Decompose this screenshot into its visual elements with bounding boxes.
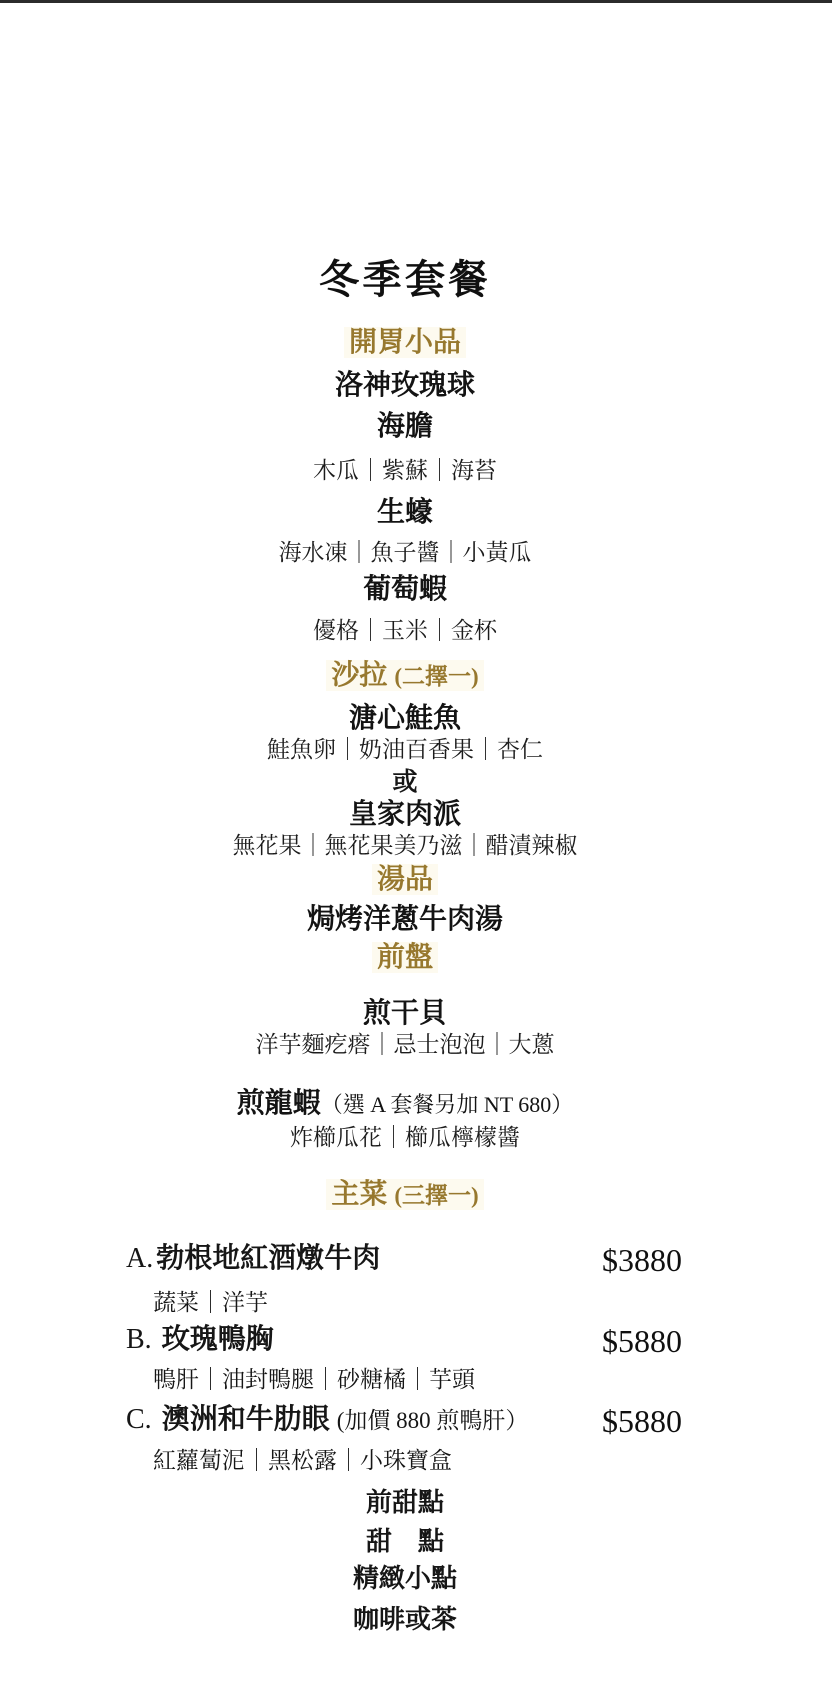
dish-ingredients: 優格｜玉米｜金杯 [0, 617, 810, 645]
main-course-surcharge-note: (加價 880 煎鴨肝） [337, 1408, 529, 1433]
top-border [0, 0, 832, 3]
closing-course: 咖啡或茶 [0, 1604, 810, 1636]
main-course-price: $3880 [602, 1242, 682, 1278]
dish-name: 煎龍蝦（選 A 套餐另加 NT 680） [0, 1087, 810, 1122]
dish-name: 葡萄蝦 [0, 573, 810, 607]
section-heading-starter-label: 前盤 [372, 942, 438, 973]
section-heading-salad-note: (二擇一) [394, 664, 478, 689]
dish-name: 溏心鮭魚 [0, 702, 810, 736]
section-heading-starter: 前盤 [0, 941, 810, 975]
section-heading-soup-label: 湯品 [372, 864, 438, 895]
dish-name: 焗烤洋蔥牛肉湯 [0, 903, 810, 937]
dish-surcharge-note: （選 A 套餐另加 NT 680） [321, 1092, 574, 1117]
main-course-price: $5880 [602, 1323, 682, 1359]
dish-ingredients: 炸櫛瓜花｜櫛瓜檸檬醬 [0, 1124, 810, 1152]
dish-ingredients: 洋芋麵疙瘩｜忌士泡泡｜大蔥 [0, 1031, 810, 1059]
section-heading-main-note: (三擇一) [394, 1183, 478, 1208]
dish-name: 生蠔 [0, 496, 810, 530]
section-heading-soup: 湯品 [0, 863, 810, 897]
main-course-letter: C. [126, 1404, 152, 1435]
main-course-row-a: A.勃根地紅酒燉牛肉 $3880 [0, 1241, 810, 1277]
main-course-ingredients: 鴨肝｜油封鴨腿｜砂糖橘｜芋頭 [0, 1366, 810, 1394]
main-course-row-b: B. 玫瑰鴨胸 $5880 [0, 1322, 810, 1358]
dish-ingredients: 木瓜｜紫蘇｜海苔 [0, 457, 810, 485]
main-course-letter: A. [126, 1243, 153, 1274]
dish-name: 洛神玫瑰球 [0, 369, 810, 403]
section-heading-appetizer-label: 開胃小品 [344, 327, 466, 358]
main-course-price: $5880 [602, 1403, 682, 1439]
section-heading-salad-label: 沙拉 [331, 660, 387, 691]
main-course-row-c: C. 澳洲和牛肋眼(加價 880 煎鴨肝） $5880 [0, 1402, 810, 1439]
menu-title: 冬季套餐 [0, 256, 810, 304]
section-heading-main-course: 主菜 (三擇一) [0, 1178, 810, 1213]
or-label: 或 [0, 768, 810, 798]
closing-course: 精緻小點 [0, 1563, 810, 1595]
closing-course: 前甜點 [0, 1487, 810, 1519]
dish-name: 皇家肉派 [0, 798, 810, 832]
dish-name: 煎干貝 [0, 997, 810, 1031]
main-course-letter: B. [126, 1324, 152, 1355]
dish-ingredients: 海水凍｜魚子醬｜小黃瓜 [0, 539, 810, 567]
main-course-name: 澳洲和牛肋眼 [162, 1404, 330, 1435]
winter-set-menu: 冬季套餐 開胃小品 洛神玫瑰球 海膽 木瓜｜紫蘇｜海苔 生蠔 海水凍｜魚子醬｜小… [0, 0, 810, 1636]
section-heading-main-label: 主菜 [331, 1179, 387, 1210]
closing-course: 甜 點 [0, 1526, 810, 1558]
main-course-ingredients: 紅蘿蔔泥｜黑松露｜小珠寶盒 [0, 1447, 810, 1475]
dish-name: 海膽 [0, 410, 810, 444]
section-heading-salad: 沙拉 (二擇一) [0, 659, 810, 694]
main-course-ingredients: 蔬菜｜洋芋 [0, 1289, 810, 1317]
dish-ingredients: 無花果｜無花果美乃滋｜醋漬辣椒 [0, 832, 810, 860]
section-heading-appetizer: 開胃小品 [0, 326, 810, 360]
main-course-name: 玫瑰鴨胸 [162, 1324, 274, 1355]
dish-name-label: 煎龍蝦 [237, 1088, 321, 1119]
dish-ingredients: 鮭魚卵｜奶油百香果｜杏仁 [0, 736, 810, 764]
main-course-name: 勃根地紅酒燉牛肉 [156, 1243, 380, 1274]
